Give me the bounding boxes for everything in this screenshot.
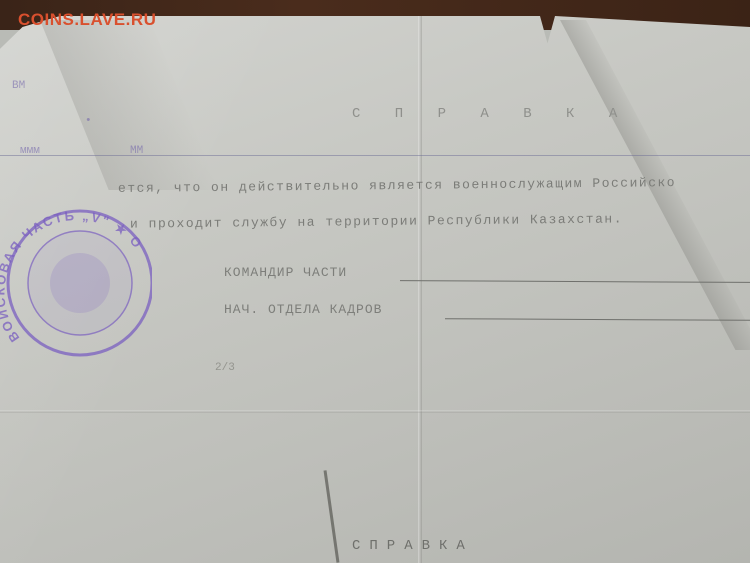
marginal-mark: • (85, 115, 92, 127)
document-title: С П Р А В К А (352, 106, 630, 122)
marginal-mark: ВМ (12, 80, 25, 92)
marginal-mark: 2/3 (215, 362, 235, 374)
signature-label-commander: КОМАНДИР ЧАСТИ (224, 265, 347, 280)
site-watermark: COINS.LAVE.RU (18, 10, 156, 30)
official-stamp-icon: ВОЙСКОВАЯ ЧАСТЬ „V" ★ О (0, 188, 152, 358)
second-document-title: СПРАВКА (352, 538, 474, 554)
signature-label-hr-head: НАЧ. ОТДЕЛА КАДРОВ (224, 302, 382, 317)
header-rule (0, 155, 750, 156)
